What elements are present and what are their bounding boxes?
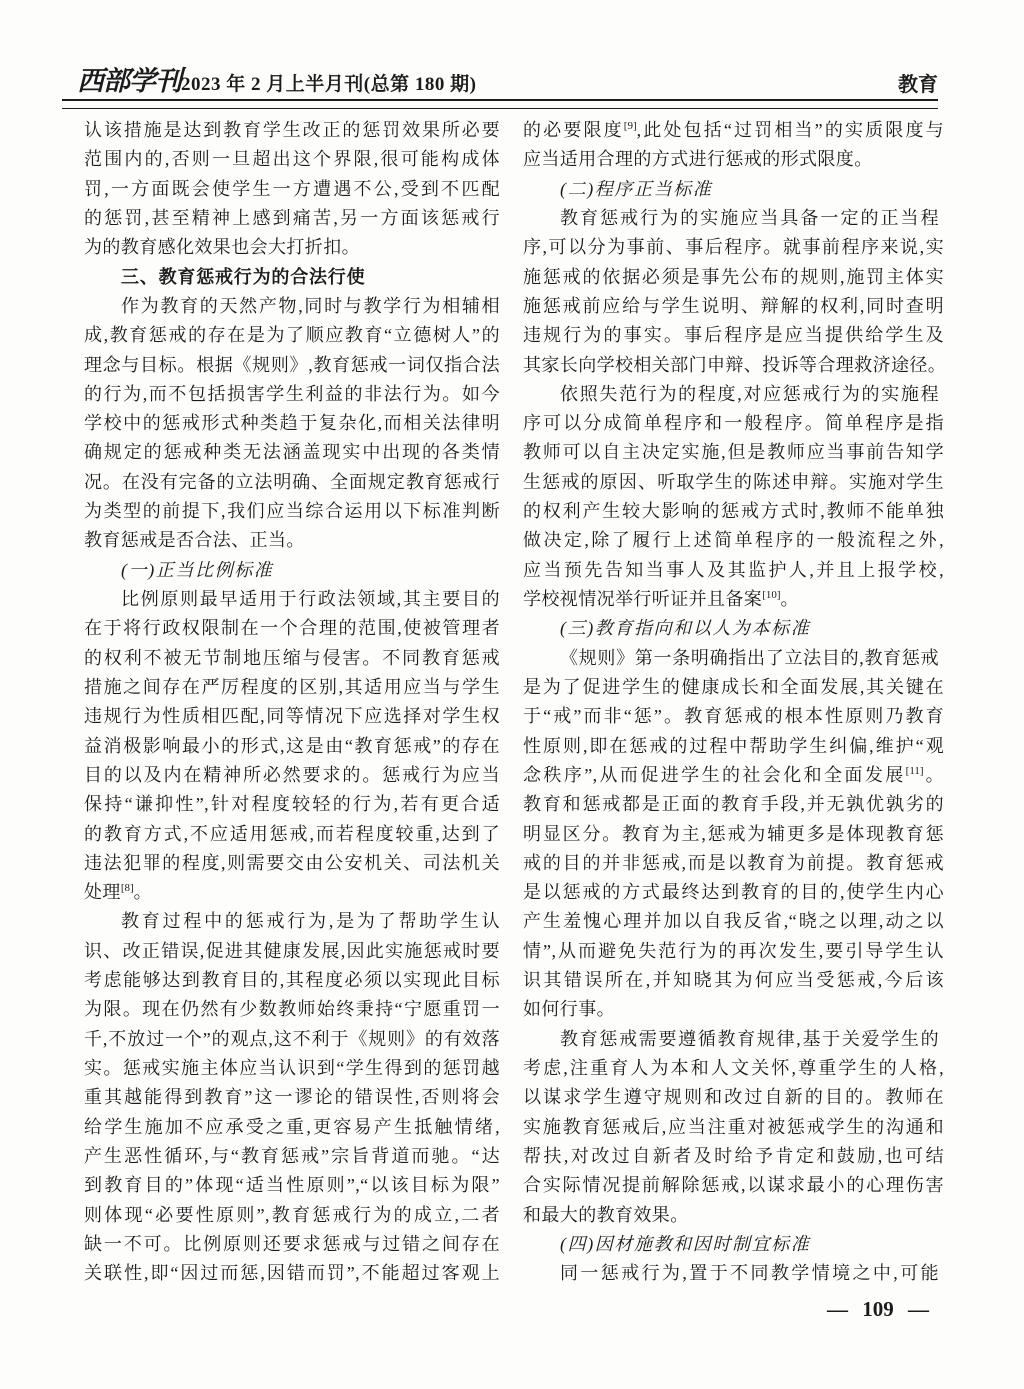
text-line: 应当适用合理的方式进行惩戒的形式限度。: [523, 145, 944, 174]
text-line: 是为了促进学生的健康成长和全面发展,其关键在: [523, 673, 944, 702]
text-line: 帮扶,对改过自新者及时给予肯定和鼓励,也可结: [523, 1142, 944, 1171]
text-line: 学校视情况举行听证并且备案[10]。: [523, 585, 944, 614]
text-line: 确规定的惩戒种类无法涵盖现实中出现的各类情: [84, 438, 500, 467]
issue-info: 西部学刊2023 年 2 月上半月刊(总第 180 期): [63, 66, 476, 98]
text-line: 教育惩戒需要遵循教育规律,基于关爱学生的: [523, 1025, 939, 1054]
text-line: 如何行事。: [523, 995, 944, 1024]
text-line: 教育惩戒是否合法、正当。: [84, 526, 500, 555]
text-line: 成,教育惩戒的存在是为了顺应教育“立德树人”的: [84, 321, 500, 350]
text-line: 关联性,即“因过而惩,因错而罚”,不能超过客观上: [84, 1259, 500, 1288]
text-line: 戒的目的并非惩戒,而是以教育为前提。教育惩戒: [523, 849, 944, 878]
text-line: 的权利产生较大影响的惩戒方式时,教师不能单独: [523, 497, 944, 526]
text-column-right: 的必要限度[9],此处包括“过罚相当”的实质限度与应当适用合理的方式进行惩戒的形…: [523, 116, 944, 1289]
text-line: 以谋求学生遵守规则和改过自新的目的。教师在: [523, 1083, 944, 1112]
text-line: 识其错误所在,并知晓其为何应当受惩戒,今后该: [523, 966, 944, 995]
text-line: 施惩戒的依据必须是事先公布的规则,施罚主体实: [523, 263, 944, 292]
text-line: 同一惩戒行为,置于不同教学情境之中,可能: [523, 1259, 939, 1288]
issue-text: 2023 年 2 月上半月刊(总第 180 期): [181, 74, 476, 95]
text-line: 处理[8]。: [84, 878, 500, 907]
page-header: 西部学刊2023 年 2 月上半月刊(总第 180 期) 教育: [63, 66, 938, 98]
text-line: 的必要限度[9],此处包括“过罚相当”的实质限度与: [523, 116, 944, 145]
text-line: 到教育目的”体现“适当性原则”,“以该目标为限”: [84, 1171, 500, 1200]
text-line: 为类型的前提下,我们应当综合运用以下标准判断: [84, 497, 500, 526]
text-line: 比例原则最早适用于行政法领域,其主要目的: [84, 585, 500, 614]
text-line: 措施之间存在严厉程度的区别,其适用应当与学生: [84, 673, 500, 702]
text-line: 违规行为性质相匹配,同等情况下应选择对学生权: [84, 702, 500, 731]
text-line: 况。在没有完备的立法明确、全面规定教育惩戒行: [84, 468, 500, 497]
text-line: 《规则》第一条明确指出了立法目的,教育惩戒: [523, 644, 939, 673]
text-line: 教育过程中的惩戒行为,是为了帮助学生认: [84, 907, 500, 936]
text-line: 学校中的惩戒形式种类趋于复杂化,而相关法律明: [84, 409, 500, 438]
text-line: 在于将行政权限制在一个合理的范围,使被管理者: [84, 614, 500, 643]
text-line: 千,不放过一个”的观点,这不利于《规则》的有效落: [84, 1025, 500, 1054]
text-line: 序,可以分为事前、事后程序。就事前程序来说,实: [523, 233, 944, 262]
text-line: 合实际情况提前解除惩戒,以谋求最小的心理伤害: [523, 1171, 944, 1200]
text-line: 序可以分成简单程序和一般程序。简单程序是指: [523, 409, 944, 438]
text-line: 重其越能得到教育”这一谬论的错误性,否则将会: [84, 1083, 500, 1112]
text-line: 的教育方式,不应适用惩戒,而若程度较重,达到了: [84, 820, 500, 849]
page-number: — 109 —: [793, 1297, 963, 1322]
text-line: 给学生施加不应承受之重,更容易产生抵触情绪,: [84, 1113, 500, 1142]
section-label: 教育: [898, 72, 938, 98]
text-line: 生惩戒的原因、听取学生的陈述申辩。实施对学生: [523, 468, 944, 497]
journal-page: 西部学刊2023 年 2 月上半月刊(总第 180 期) 教育 认该措施是达到教…: [0, 0, 1024, 1389]
text-line: 考虑,注重育人为本和人文关怀,尊重学生的人格,: [523, 1054, 944, 1083]
header-rule: [62, 99, 938, 109]
text-line: 实施教育惩戒后,应当注重对被惩戒学生的沟通和: [523, 1113, 944, 1142]
text-line: 目的以及内在精神所必然要求的。惩戒行为应当: [84, 761, 500, 790]
text-line: 保持“谦抑性”,针对程度较轻的行为,若有更合适: [84, 790, 500, 819]
subsection-heading: (四)因材施教和因时制宜标准: [523, 1230, 944, 1259]
text-line: 的行为,而不包括损害学生利益的非法行为。如今: [84, 380, 500, 409]
text-line: 教师可以自主决定实施,但是教师应当事前告知学: [523, 438, 944, 467]
text-line: 应当预先告知当事人及其监护人,并且上报学校,: [523, 556, 944, 585]
text-line: 产生羞愧心理并加以自我反省,“晓之以理,动之以: [523, 907, 944, 936]
footnote-ref: [10]: [762, 589, 780, 601]
text-line: 理念与目标。根据《规则》,教育惩戒一词仅指合法: [84, 351, 500, 380]
text-line: 违法犯罪的程度,则需要交由公安机关、司法机关: [84, 849, 500, 878]
section-heading: 三、教育惩戒行为的合法行使: [84, 263, 500, 292]
footnote-ref: [8]: [121, 882, 134, 894]
text-line: 范围内的,否则一旦超出这个界限,很可能构成体: [84, 145, 500, 174]
text-line: 性原则,即在惩戒的过程中帮助学生纠偏,维护“观: [523, 732, 944, 761]
text-line: 的惩罚,甚至精神上感到痛苦,另一方面该惩戒行: [84, 204, 500, 233]
text-line: 情”,从而避免失范行为的再次发生,要引导学生认: [523, 937, 944, 966]
text-line: 依照失范行为的程度,对应惩戒行为的实施程: [523, 380, 939, 409]
subsection-heading: (二)程序正当标准: [523, 175, 944, 204]
text-line: 产生恶性循环,与“教育惩戒”宗旨背道而驰。“达: [84, 1142, 500, 1171]
text-line: 教育和惩戒都是正面的教育手段,并无孰优孰劣的: [523, 790, 944, 819]
text-line: 作为教育的天然产物,同时与教学行为相辅相: [84, 292, 500, 321]
text-line: 违规行为的事实。事后程序是应当提供给学生及: [523, 321, 944, 350]
footnote-ref: [9]: [624, 120, 637, 132]
journal-logo: 西部学刊: [63, 66, 181, 96]
footnote-ref: [11]: [906, 765, 924, 777]
text-line: 则体现“必要性原则”,教育惩戒行为的成立,二者: [84, 1201, 500, 1230]
text-line: 为限。现在仍然有少数教师始终秉持“宁愿重罚一: [84, 995, 500, 1024]
text-line: 益消极影响最小的形式,这是由“教育惩戒”的存在: [84, 732, 500, 761]
subsection-heading: (三)教育指向和以人为本标准: [523, 614, 944, 643]
text-column-left: 认该措施是达到教育学生改正的惩罚效果所必要范围内的,否则一旦超出这个界限,很可能…: [84, 116, 500, 1289]
text-line: 教育惩戒行为的实施应当具备一定的正当程: [523, 204, 939, 233]
text-line: 和最大的教育效果。: [523, 1201, 944, 1230]
text-line: 于“戒”而非“惩”。教育惩戒的根本性原则乃教育: [523, 702, 944, 731]
text-line: 缺一不可。比例原则还要求惩戒与过错之间存在: [84, 1230, 500, 1259]
text-line: 认该措施是达到教育学生改正的惩罚效果所必要: [84, 116, 500, 145]
text-line: 施惩戒前应给与学生说明、辩解的权利,同时查明: [523, 292, 944, 321]
text-line: 罚,一方面既会使学生一方遭遇不公,受到不匹配: [84, 175, 500, 204]
text-line: 考虑能够达到教育目的,其程度必须以实现此目标: [84, 966, 500, 995]
text-line: 是以惩戒的方式最终达到教育的目的,使学生内心: [523, 878, 944, 907]
text-line: 念秩序”,从而促进学生的社会化和全面发展[11]。: [523, 761, 944, 790]
text-line: 做决定,除了履行上述简单程序的一般流程之外,: [523, 526, 944, 555]
text-line: 实。惩戒实施主体应当认识到“学生得到的惩罚越: [84, 1054, 500, 1083]
text-line: 明显区分。教育为主,惩戒为辅更多是体现教育惩: [523, 820, 944, 849]
subsection-heading: (一)正当比例标准: [84, 556, 500, 585]
text-line: 其家长向学校相关部门申辩、投诉等合理救济途径。: [523, 351, 944, 380]
text-line: 识、改正错误,促进其健康发展,因此实施惩戒时要: [84, 937, 500, 966]
text-line: 的权利不被无节制地压缩与侵害。不同教育惩戒: [84, 644, 500, 673]
text-line: 为的教育感化效果也会大打折扣。: [84, 233, 500, 262]
